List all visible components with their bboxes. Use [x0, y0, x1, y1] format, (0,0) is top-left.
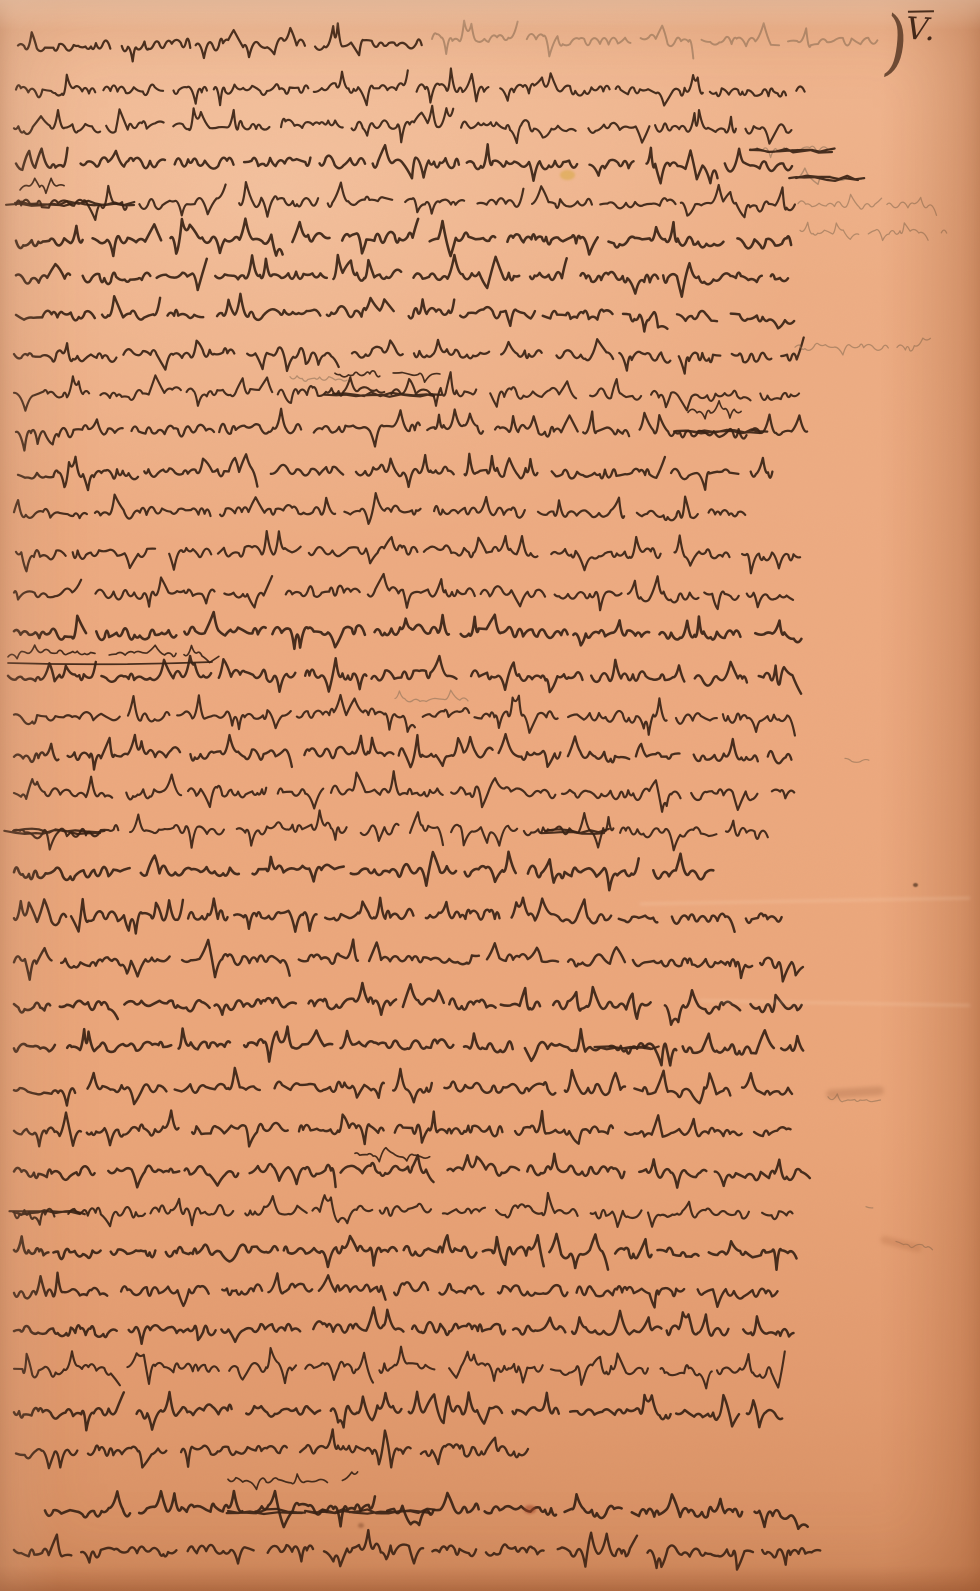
- page-number-label: V.: [905, 11, 938, 49]
- handwriting-layer: bewegung der Hand an der Stirn vorbei: /…: [0, 0, 980, 1591]
- manuscript-page: bewegung der Hand an der Stirn vorbei: /…: [0, 0, 980, 1591]
- page-number: V.: [905, 11, 955, 49]
